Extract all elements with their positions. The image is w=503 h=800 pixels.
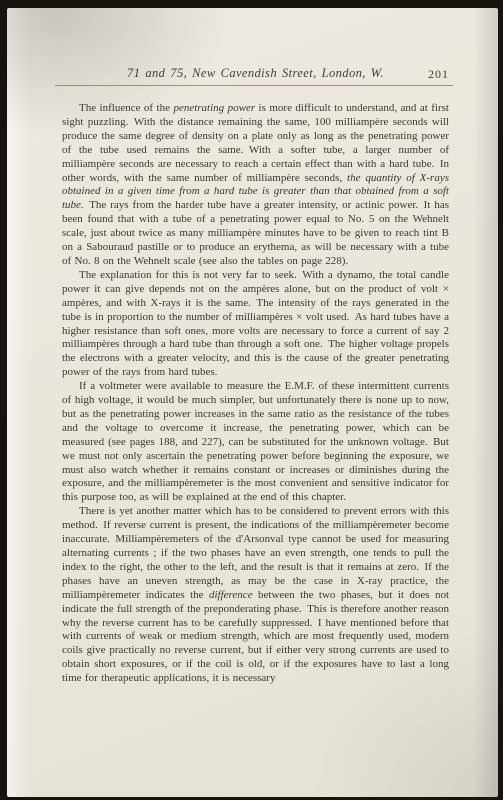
scan-frame: 71 and 75, New Cavendish Street, London,… <box>0 0 503 800</box>
paragraph: The explanation for this is not very far… <box>62 269 449 380</box>
book-page: 71 and 75, New Cavendish Street, London,… <box>7 8 498 797</box>
paragraph: If a voltmeter were available to measure… <box>62 380 449 505</box>
header-rule <box>55 85 453 86</box>
paragraph: There is yet another matter which has to… <box>62 505 449 686</box>
body-text: The influence of the penetrating power i… <box>62 102 449 686</box>
page-number: 201 <box>428 67 449 82</box>
italic-text-run: difference <box>209 589 253 601</box>
text-run: The explanation for this is not very far… <box>62 269 449 378</box>
paragraph: The influence of the penetrating power i… <box>62 102 449 269</box>
page-header: 71 and 75, New Cavendish Street, London,… <box>62 66 449 84</box>
italic-text-run: penetrating power <box>173 102 255 114</box>
running-title: 71 and 75, New Cavendish Street, London,… <box>62 66 449 81</box>
text-run: The rays from the harder tube have a gre… <box>62 199 449 267</box>
text-run: If a voltmeter were available to measure… <box>62 380 449 503</box>
text-run: There is yet another matter which has to… <box>62 505 449 600</box>
text-run: The influence of the <box>79 102 173 114</box>
text-run: between the two phases, but it does not … <box>62 589 449 684</box>
